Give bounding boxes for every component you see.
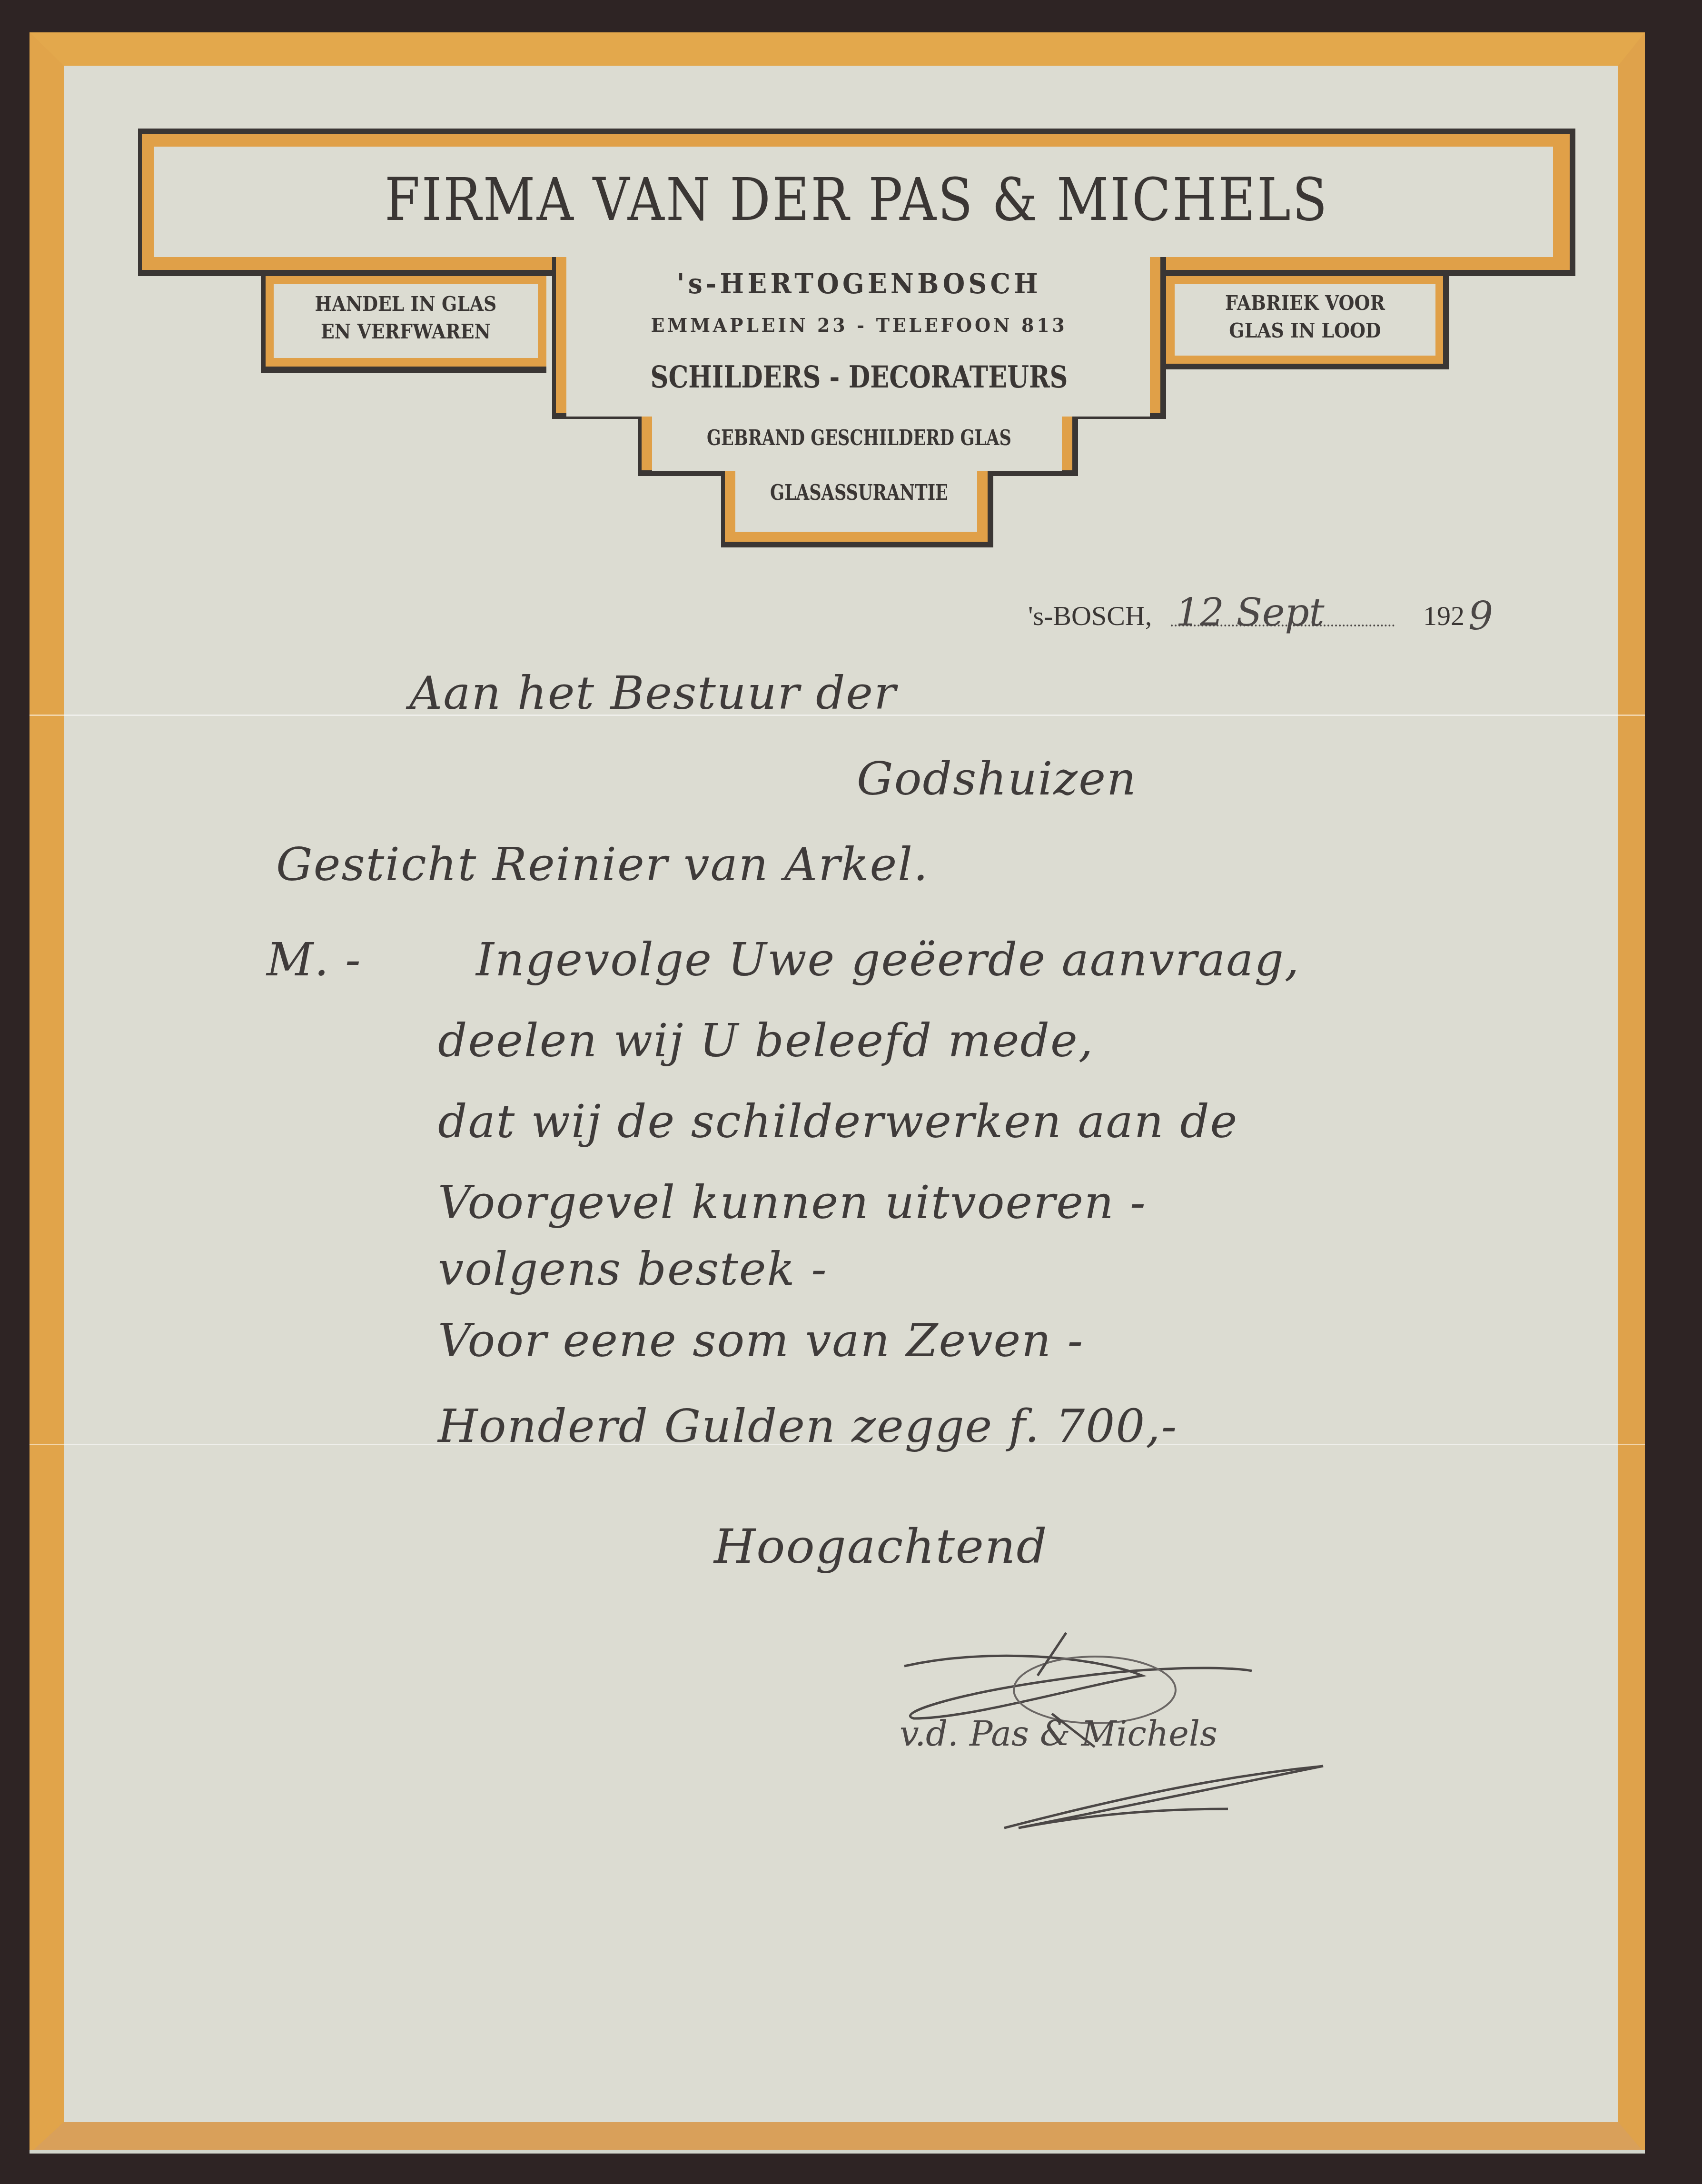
address-phone: EMMAPLEIN 23 - TELEFOON 813 <box>581 314 1138 337</box>
specialty-glass-insurance: GLASASSURANTIE <box>754 481 964 505</box>
paper-edge <box>30 2150 1645 2154</box>
body-line: Voor eene som van Zeven - <box>438 1314 1084 1367</box>
addressee-line-3: Gesticht Reinier van Arkel. <box>276 838 929 891</box>
left-box-line-2: EN VERFWAREN <box>287 318 525 346</box>
right-box-line-2: GLAS IN LOOD <box>1187 317 1422 345</box>
firm-name: FIRMA VAN DER PAS & MICHELS <box>255 166 1458 234</box>
date-year-handwritten: 9 <box>1468 594 1493 639</box>
body-line-amount: Honderd Gulden zegge f. 700,- <box>438 1400 1178 1453</box>
right-box-line-1: FABRIEK VOOR <box>1187 289 1422 317</box>
salutation: M. - <box>267 933 362 986</box>
date-line: 's-BOSCH, 12 Sept 192 9 <box>1028 595 1504 633</box>
left-box-line-1: HANDEL IN GLAS <box>287 290 525 318</box>
signature-name: v.d. Pas & Michels <box>900 1714 1217 1754</box>
date-place: 's-BOSCH, <box>1028 600 1152 632</box>
body-line: Voorgevel kunnen uitvoeren - <box>438 1176 1147 1229</box>
right-box-text: FABRIEK VOOR GLAS IN LOOD <box>1187 289 1422 345</box>
body-line: Ingevolge Uwe geëerde aanvraag, <box>476 933 1300 986</box>
body-line: volgens bestek - <box>438 1242 828 1296</box>
valediction: Hoogachtend <box>714 1519 1048 1574</box>
date-year-printed: 192 <box>1423 600 1465 632</box>
addressee-line-1: Aan het Bestuur der <box>409 666 897 720</box>
trade-line: SCHILDERS - DECORATEURS <box>619 359 1099 395</box>
specialty-stained-glass: GEBRAND GESCHILDERD GLAS <box>690 426 1029 450</box>
left-box-text: HANDEL IN GLAS EN VERFWAREN <box>287 290 525 346</box>
body-line: deelen wij U beleefd mede, <box>438 1014 1094 1067</box>
addressee-line-2: Godshuizen <box>857 752 1137 805</box>
body-line: dat wij de schilderwerken aan de <box>438 1095 1238 1148</box>
city-name: 's-HERTOGENBOSCH <box>590 268 1128 300</box>
date-day-month: 12 Sept <box>1176 590 1325 635</box>
